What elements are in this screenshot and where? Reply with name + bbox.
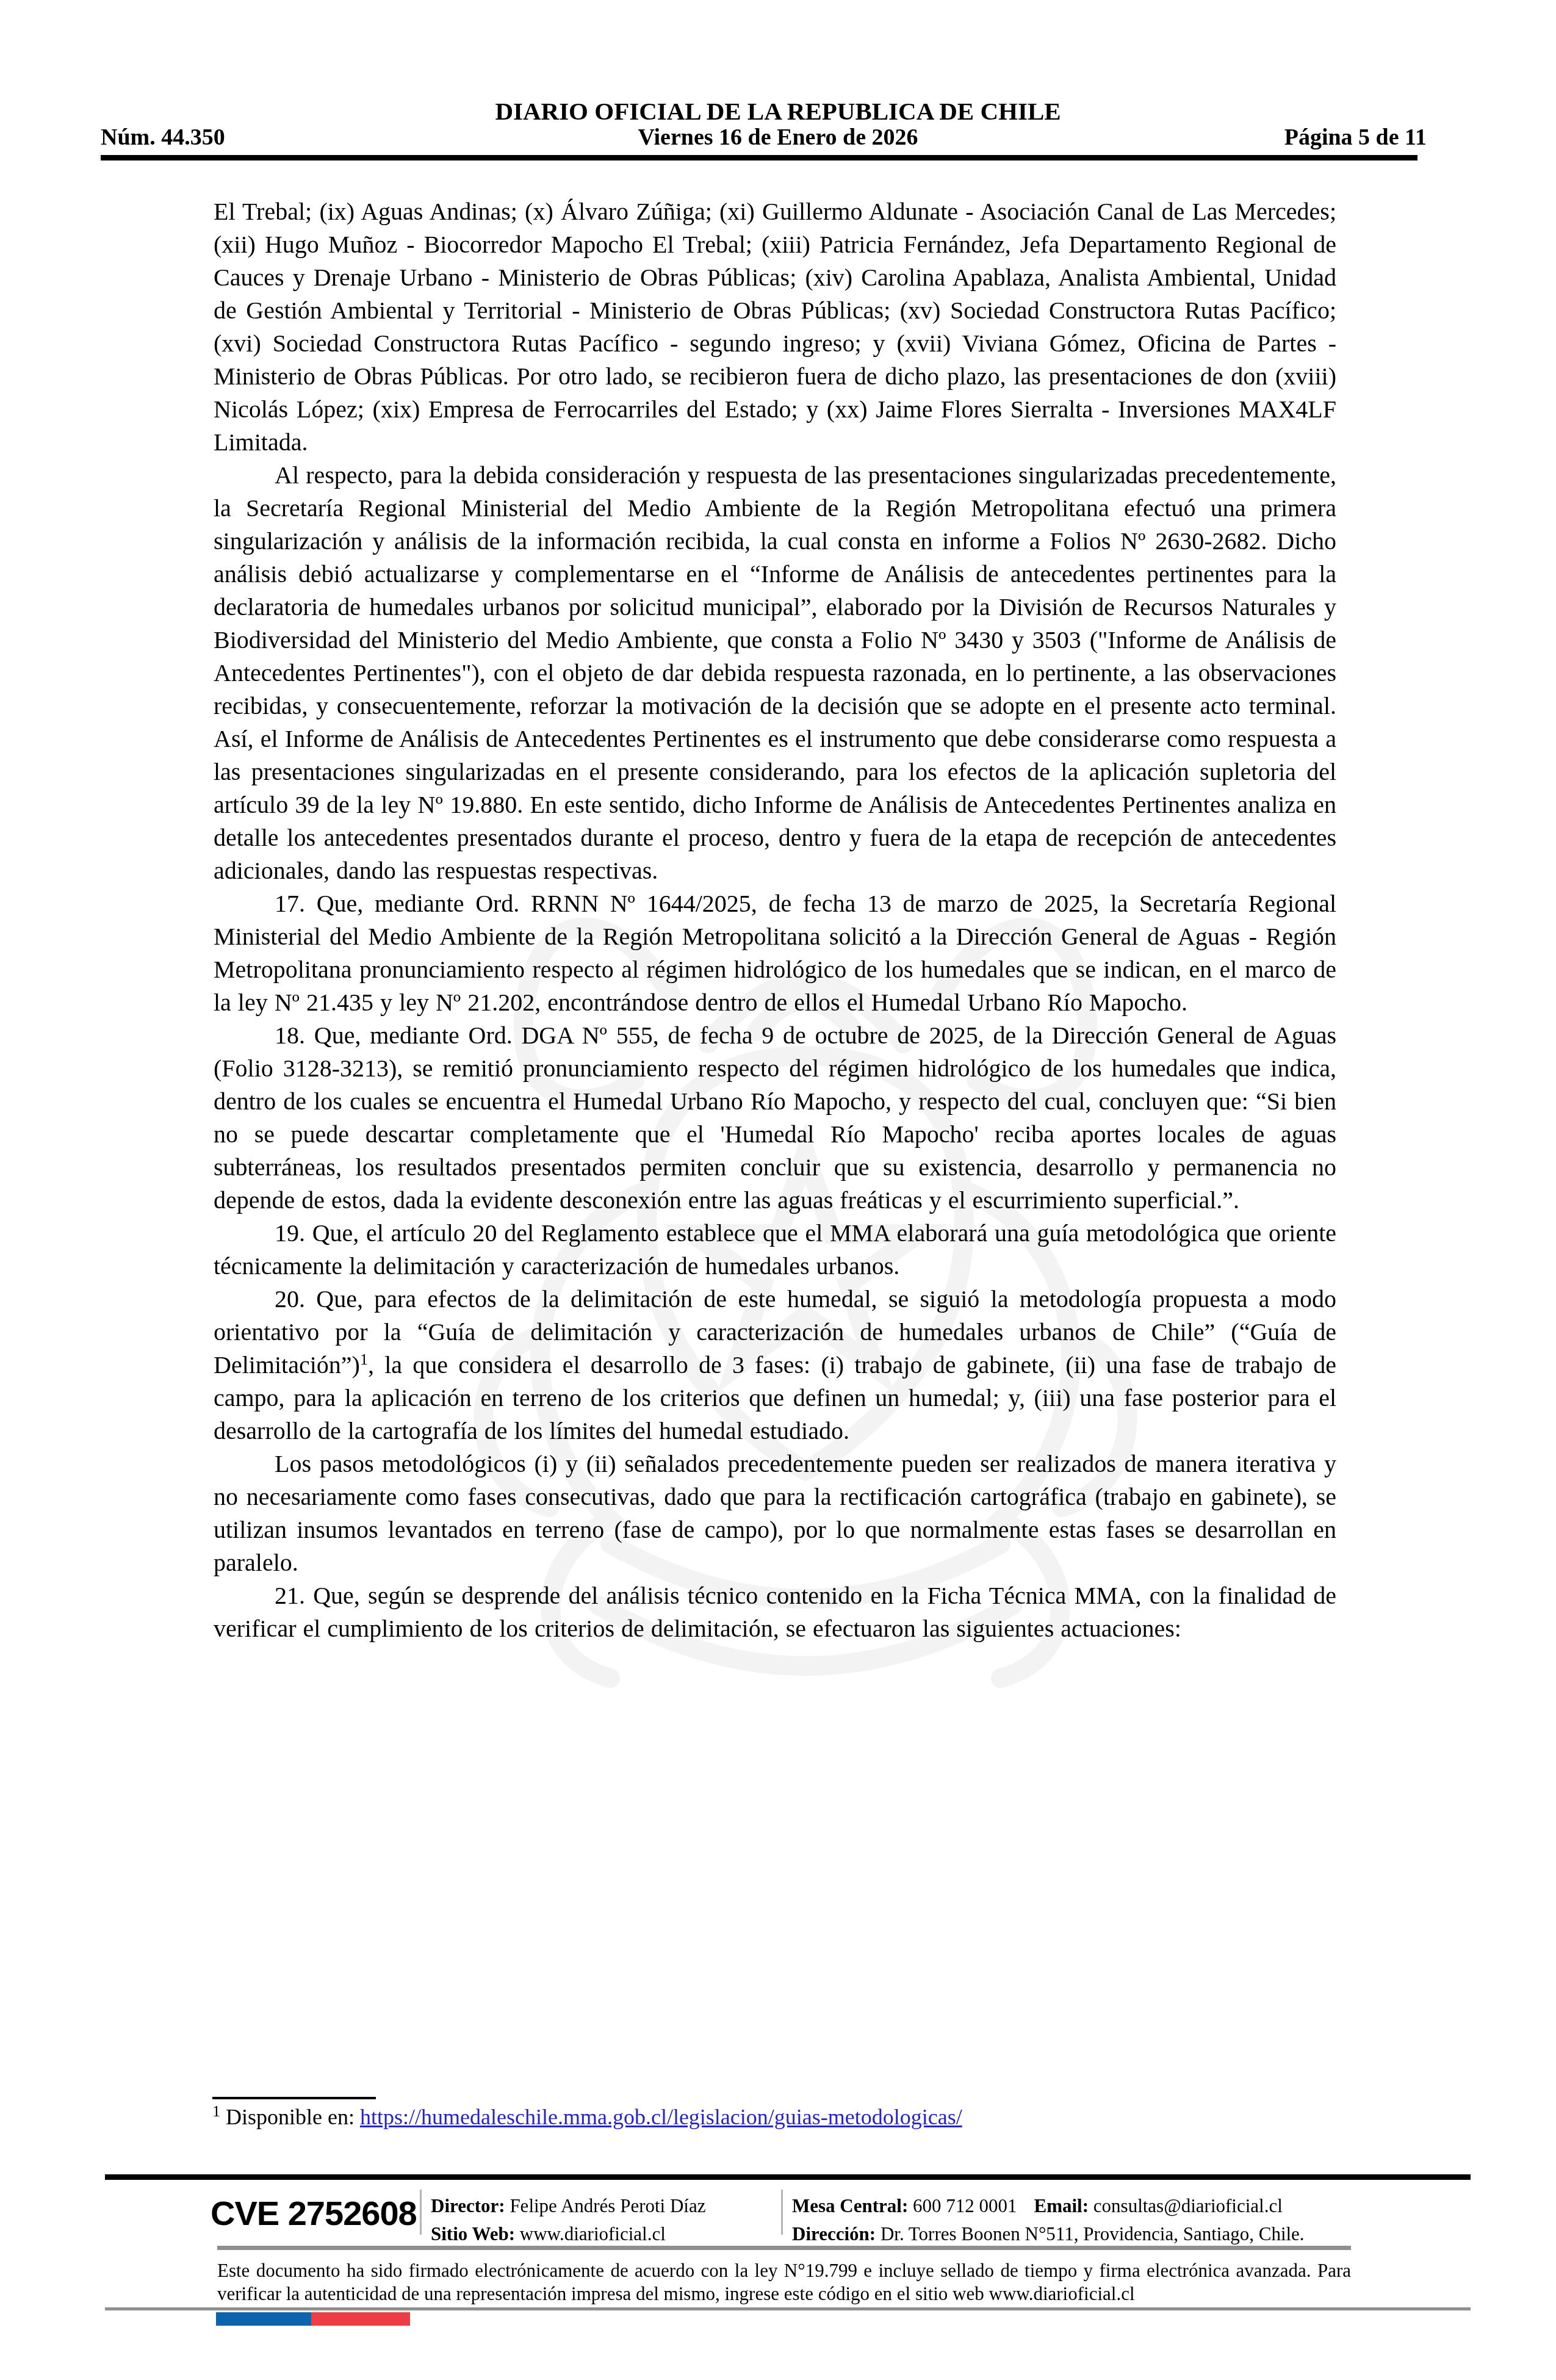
email-label: Email: bbox=[1034, 2195, 1089, 2216]
sitio-web-value: www.diarioficial.cl bbox=[520, 2223, 666, 2245]
footnote-marker: 1 bbox=[212, 2102, 220, 2120]
page-indicator: Página 5 de 11 bbox=[1284, 124, 1427, 151]
footer-divider-2 bbox=[781, 2190, 783, 2235]
director-row: Director: Felipe Andrés Peroti Díaz bbox=[431, 2192, 706, 2220]
document-body: El Trebal; (ix) Aguas Andinas; (x) Álvar… bbox=[214, 195, 1336, 1645]
footnote: 1 Disponible en: https://humedaleschile.… bbox=[212, 2104, 1335, 2130]
footnote-divider bbox=[212, 2097, 376, 2099]
footer-middle-divider bbox=[217, 2246, 1351, 2250]
direccion-value: Dr. Torres Boonen N°511, Providencia, Sa… bbox=[881, 2223, 1305, 2245]
footer-bottom-divider bbox=[105, 2307, 1471, 2310]
chile-flag-strip-icon bbox=[216, 2312, 410, 2326]
mesa-central-value: 600 712 0001 bbox=[913, 2195, 1017, 2216]
body-paragraph-18: 18. Que, mediante Ord. DGA Nº 555, de fe… bbox=[214, 1019, 1336, 1217]
flag-blue-segment bbox=[216, 2312, 311, 2326]
footer-top-divider bbox=[105, 2174, 1471, 2180]
body-paragraph-21: 21. Que, según se desprende del análisis… bbox=[214, 1579, 1336, 1645]
mesa-central-label: Mesa Central: bbox=[792, 2195, 908, 2216]
footer-column-director: Director: Felipe Andrés Peroti Díaz Siti… bbox=[431, 2192, 706, 2248]
direccion-label: Dirección: bbox=[792, 2223, 876, 2245]
body-paragraph-17: 17. Que, mediante Ord. RRNN Nº 1644/2025… bbox=[214, 887, 1336, 1019]
gazette-page: DIARIO OFICIAL DE LA REPUBLICA DE CHILE … bbox=[0, 0, 1556, 2380]
body-paragraph-1: El Trebal; (ix) Aguas Andinas; (x) Álvar… bbox=[214, 195, 1336, 459]
legal-notice: Este documento ha sido firmado electróni… bbox=[217, 2259, 1351, 2306]
body-paragraph-20b: Los pasos metodológicos (i) y (ii) señal… bbox=[214, 1448, 1336, 1579]
email-value: consultas@diarioficial.cl bbox=[1093, 2195, 1283, 2216]
mesa-central-row: Mesa Central: 600 712 0001Email: consult… bbox=[792, 2192, 1305, 2220]
sitio-web-row: Sitio Web: www.diarioficial.cl bbox=[431, 2220, 706, 2248]
sitio-web-label: Sitio Web: bbox=[431, 2223, 515, 2245]
footer-column-contact: Mesa Central: 600 712 0001Email: consult… bbox=[792, 2192, 1305, 2248]
body-paragraph-19: 19. Que, el artículo 20 del Reglamento e… bbox=[214, 1217, 1336, 1283]
director-label: Director: bbox=[431, 2195, 505, 2216]
body-paragraph-2: Al respecto, para la debida consideració… bbox=[214, 459, 1336, 887]
director-value: Felipe Andrés Peroti Díaz bbox=[510, 2195, 705, 2216]
flag-red-segment bbox=[311, 2312, 410, 2326]
header-divider bbox=[101, 155, 1417, 160]
footnote-label: Disponible en: bbox=[226, 2105, 355, 2129]
paragraph-20-continuation: , la que considera el desarrollo de 3 fa… bbox=[214, 1351, 1336, 1444]
footnote-link[interactable]: https://humedaleschile.mma.gob.cl/legisl… bbox=[360, 2105, 962, 2129]
footer-divider-1 bbox=[420, 2190, 422, 2235]
page-title: DIARIO OFICIAL DE LA REPUBLICA DE CHILE bbox=[0, 96, 1556, 126]
footnote-reference: 1 bbox=[360, 1350, 368, 1368]
body-paragraph-20: 20. Que, para efectos de la delimitación… bbox=[214, 1283, 1336, 1448]
direccion-row: Dirección: Dr. Torres Boonen N°511, Prov… bbox=[792, 2220, 1305, 2248]
cve-code: CVE 2752608 bbox=[211, 2193, 417, 2233]
